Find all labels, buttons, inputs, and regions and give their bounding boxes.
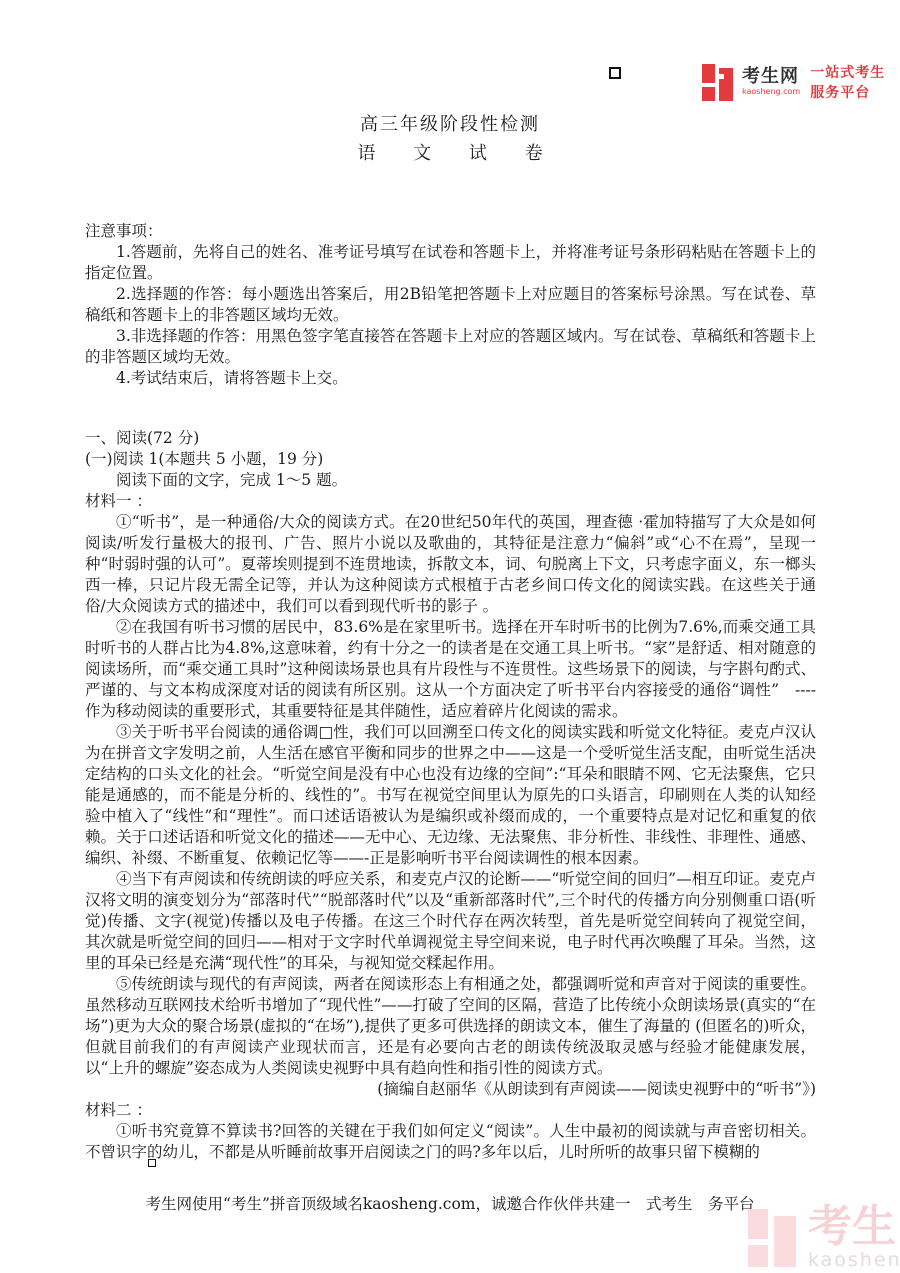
material2-label: 材料二 ： [85, 1100, 816, 1121]
kaosheng-watermark-logo-icon [748, 1209, 800, 1267]
material1-paragraph-3: ③关于听书平台阅读的通俗调□性，我们可以回溯至口传文化的阅读实践和听觉文化特征。… [85, 722, 816, 869]
material1-paragraph-4: ④当下有声阅读和传统朗读的呼应关系，和麦克卢汉的论断——“听觉空间的回归”—相互… [85, 869, 816, 974]
material1-paragraph-2: ②在我国有听书习惯的居民中，83.6%是在家里听书。选择在开车时听书的比例为7.… [85, 617, 816, 722]
brand-slogan: 一站式考生服务平台 [810, 62, 900, 102]
notice-item-1: 1.答题前，先将自己的姓名、准考证号填写在试卷和答题卡上，并将准考证号条形码粘贴… [85, 242, 816, 284]
material2-paragraph-1: ①听书究竟算不算读书?回答的关键在于我们如何定义“阅读”。人生中最初的阅读就与声… [85, 1121, 816, 1163]
notice-item-4: 4.考试结束后，请将答题卡上交。 [85, 368, 816, 389]
material1-attribution: (摘编自赵丽华《从朗读到有声阅读——阅读史视野中的“听书”》) [85, 1079, 816, 1100]
brand-name: 考生网 [742, 68, 800, 86]
material1-paragraph-5: ⑤传统朗读与现代的有声阅读，两者在阅读形态上有相通之处，都强调听觉和声音对于阅读… [85, 974, 816, 1079]
watermark: 考生网 kaosheng.com [748, 1205, 900, 1270]
missing-glyph-box-top [609, 67, 621, 79]
brand-text: 考生网 kaosheng.com [742, 68, 800, 96]
watermark-brand-name: 考生网 [808, 1205, 900, 1249]
reading-instruction: 阅读下面的文字，完成 1～5 题。 [85, 470, 816, 491]
kaosheng-logo-icon [702, 64, 736, 101]
part-heading: 一、阅读(72 分) [85, 428, 816, 449]
watermark-brand-domain: kaosheng.com [808, 1251, 900, 1270]
sub-heading: (一)阅读 1(本题共 5 小题，19 分) [85, 449, 816, 470]
exam-paper-page: 考生网 kaosheng.com 一站式考生服务平台 高三年级阶段性检测 语 文… [0, 0, 900, 1273]
material1-paragraph-1: ①“听书”，是一种通俗/大众的阅读方式。在20世纪50年代的英国，理查德 ·霍加… [85, 512, 816, 617]
notice-item-2: 2.选择题的作答：每小题选出答案后，用2B铅笔把答题卡上对应题目的答案标号涂黑。… [85, 284, 816, 326]
notice-heading: 注意事项： [85, 221, 816, 242]
notice-item-3: 3.非选择题的作答：用黑色签字笔直接答在答题卡上对应的答题区域内。写在试卷、草稿… [85, 326, 816, 368]
document-body: 注意事项： 1.答题前，先将自己的姓名、准考证号填写在试卷和答题卡上，并将准考证… [85, 221, 816, 1163]
watermark-text: 考生网 kaosheng.com [808, 1205, 900, 1270]
doc-subtitle: 语 文 试 卷 [0, 139, 900, 165]
brand-domain: kaosheng.com [742, 88, 800, 96]
doc-title: 高三年级阶段性检测 [0, 110, 900, 136]
material1-label: 材料一 ： [85, 491, 816, 512]
brand-header: 考生网 kaosheng.com 一站式考生服务平台 [702, 62, 900, 102]
